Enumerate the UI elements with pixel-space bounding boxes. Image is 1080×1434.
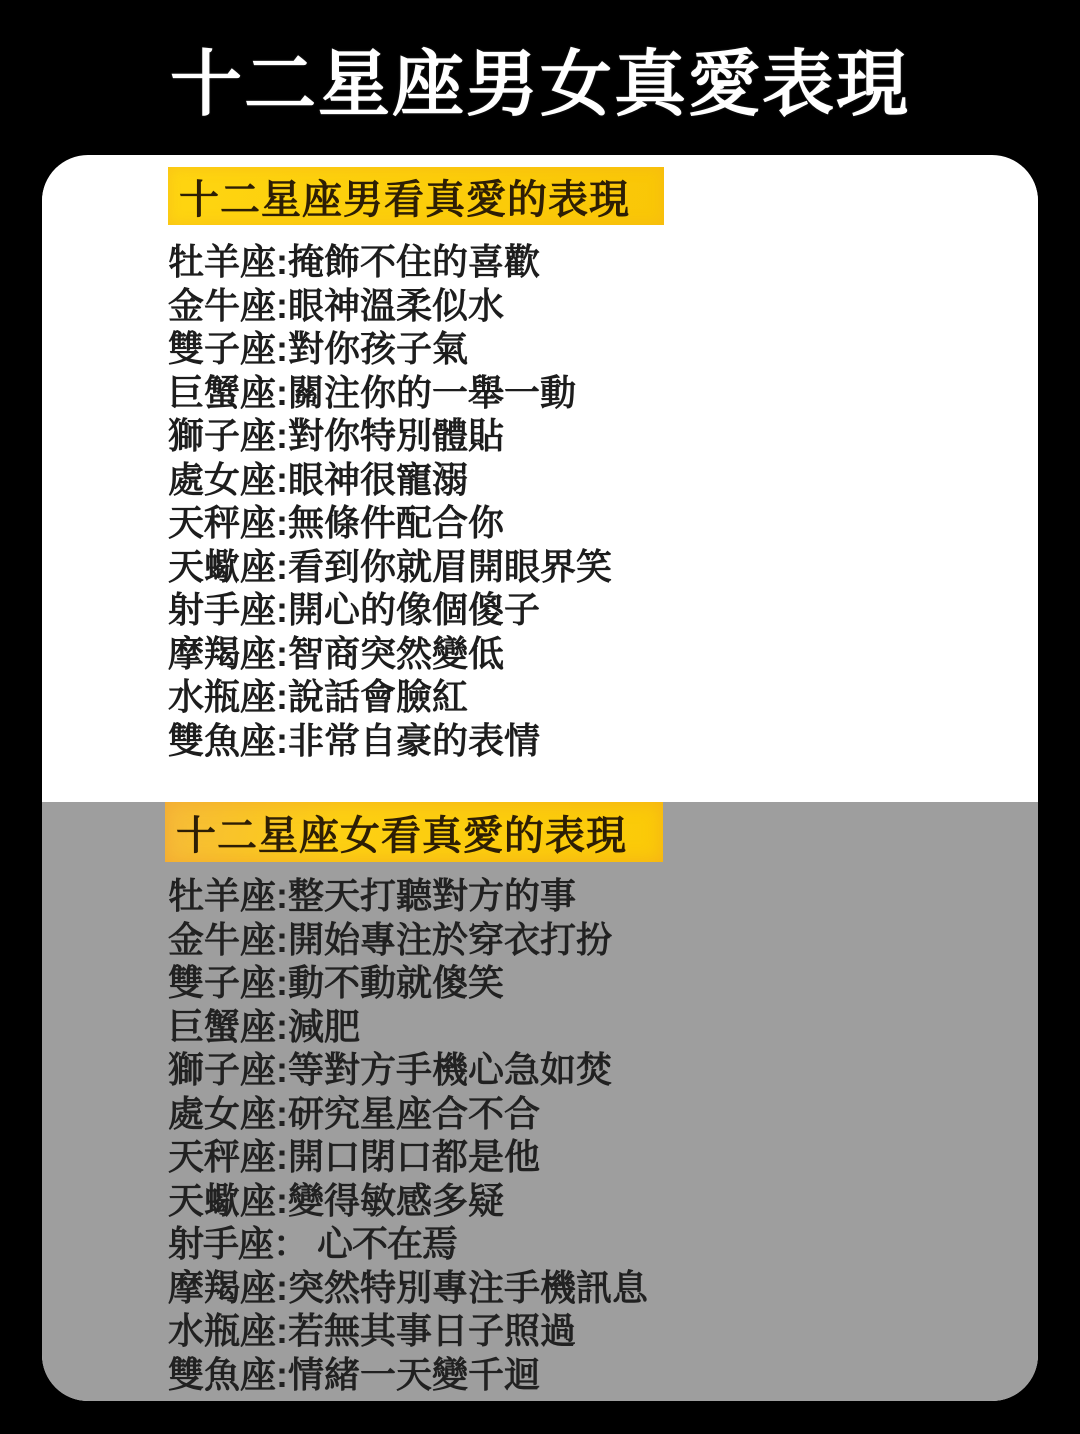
sign-list-item: 巨蟹座:減肥 [168,1005,1038,1049]
sign-list-item: 牡羊座:掩飾不住的喜歡 [168,240,1038,284]
female-section-header-label: 十二星座女看真愛的表現 [176,804,627,861]
sign-list-item: 天蠍座:看到你就眉開眼界笑 [168,545,1038,589]
sign-list-item: 天秤座:開口閉口都是他 [168,1135,1038,1179]
sign-list-item: 金牛座:開始專注於穿衣打扮 [168,918,1038,962]
sign-list-item: 獅子座:等對方手機心急如焚 [168,1048,1038,1092]
sign-list-item: 摩羯座:智商突然變低 [168,632,1038,676]
sign-list-item: 天蠍座:變得敏感多疑 [168,1179,1038,1223]
sign-list-item: 處女座:研究星座合不合 [168,1092,1038,1136]
sign-list-item: 射手座： 心不在焉 [168,1222,1038,1266]
male-section-header: 十二星座男看真愛的表現 [168,167,664,225]
page-title: 十二星座男女真愛表現 [0,26,1080,130]
female-section: 十二星座女看真愛的表現 牡羊座:整天打聽對方的事金牛座:開始專注於穿衣打扮雙子座… [42,802,1038,1401]
sign-list-item: 處女座:眼神很寵溺 [168,458,1038,502]
sign-list-item: 水瓶座:若無其事日子照過 [168,1309,1038,1353]
male-sign-list: 牡羊座:掩飾不住的喜歡金牛座:眼神溫柔似水雙子座:對你孩子氣巨蟹座:關注你的一舉… [168,240,1038,762]
sign-list-item: 水瓶座:說話會臉紅 [168,675,1038,719]
female-section-header: 十二星座女看真愛的表現 [165,802,663,862]
infographic-canvas: 十二星座男女真愛表現 十二星座男看真愛的表現 牡羊座:掩飾不住的喜歡金牛座:眼神… [0,0,1080,1434]
sign-list-item: 射手座:開心的像個傻子 [168,588,1038,632]
sign-list-item: 金牛座:眼神溫柔似水 [168,284,1038,328]
sign-list-item: 雙子座:對你孩子氣 [168,327,1038,371]
male-section-header-label: 十二星座男看真愛的表現 [179,168,630,225]
sign-list-item: 牡羊座:整天打聽對方的事 [168,874,1038,918]
sign-list-item: 雙魚座:情緒一天變千迴 [168,1353,1038,1397]
sign-list-item: 雙子座:動不動就傻笑 [168,961,1038,1005]
sign-list-item: 雙魚座:非常自豪的表情 [168,719,1038,763]
sign-list-item: 天秤座:無條件配合你 [168,501,1038,545]
content-card: 十二星座男看真愛的表現 牡羊座:掩飾不住的喜歡金牛座:眼神溫柔似水雙子座:對你孩… [42,155,1038,1401]
sign-list-item: 巨蟹座:關注你的一舉一動 [168,371,1038,415]
female-sign-list: 牡羊座:整天打聽對方的事金牛座:開始專注於穿衣打扮雙子座:動不動就傻笑巨蟹座:減… [168,874,1038,1396]
sign-list-item: 摩羯座:突然特別專注手機訊息 [168,1266,1038,1310]
male-section: 十二星座男看真愛的表現 牡羊座:掩飾不住的喜歡金牛座:眼神溫柔似水雙子座:對你孩… [42,167,1038,789]
sign-list-item: 獅子座:對你特別體貼 [168,414,1038,458]
